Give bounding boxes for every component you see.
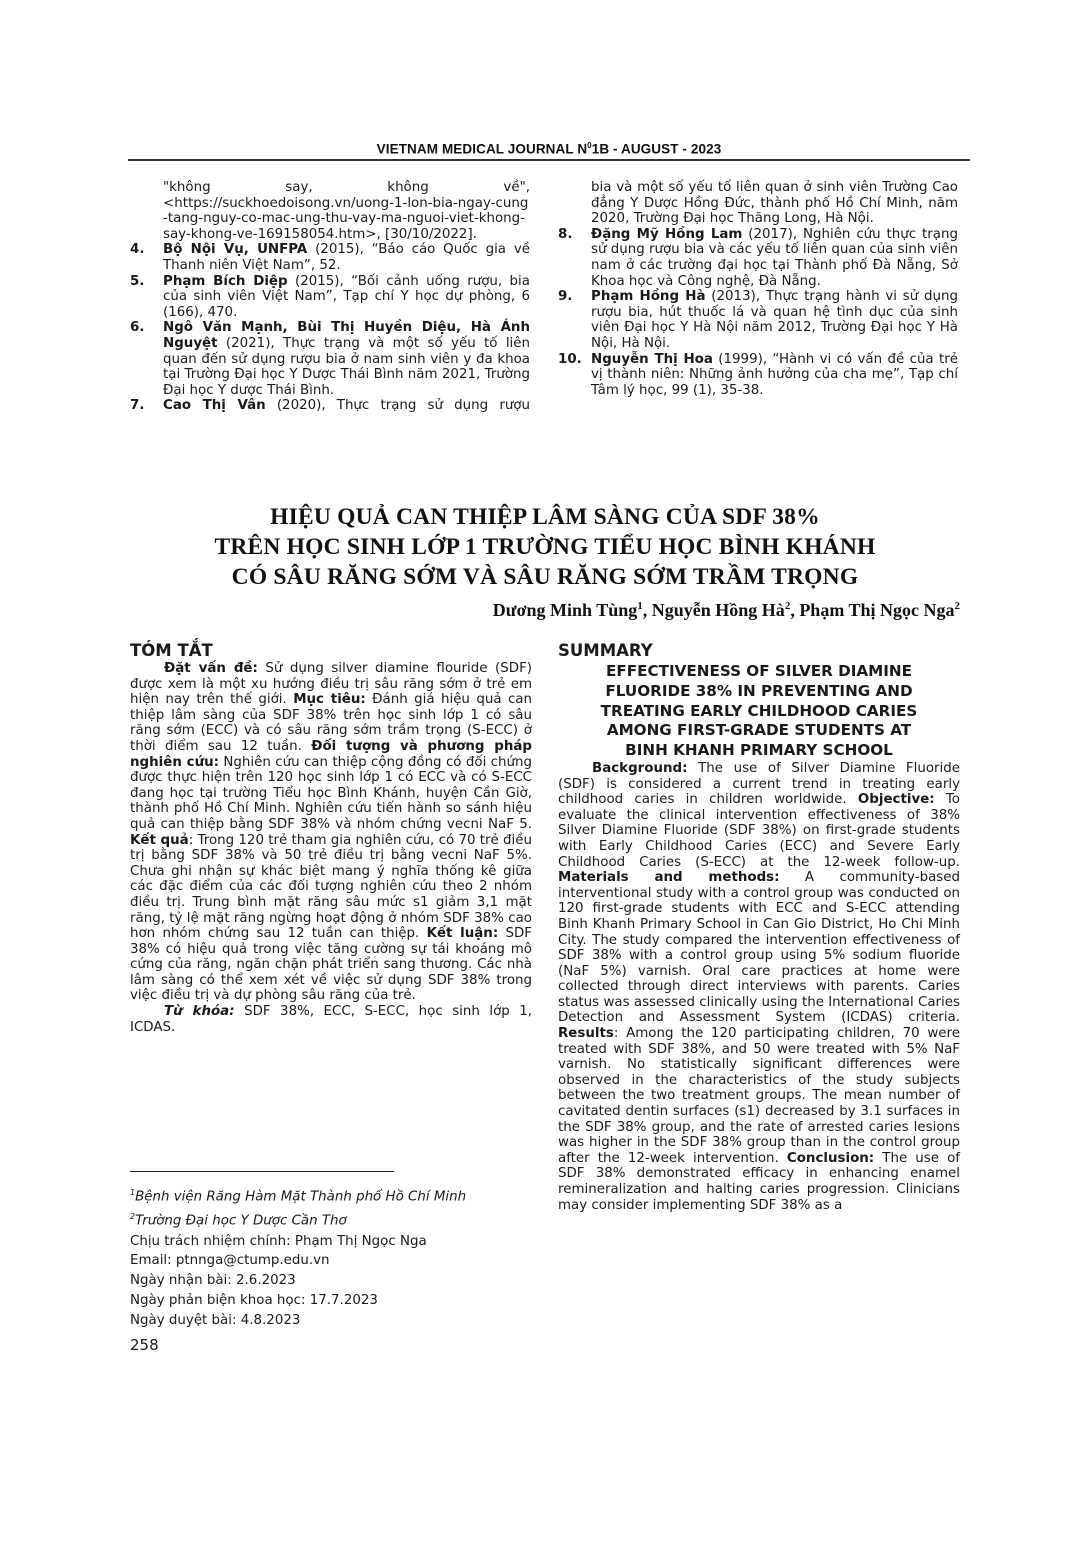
english-title-line: BINH KHANH PRIMARY SCHOOL [558,741,960,761]
issue-date: 1B - AUGUST - 2023 [592,142,722,157]
segment-text: A community-based interventional study w… [558,870,960,1025]
reference-item: 4. Bộ Nội Vụ, UNFPA (2015), “Báo cáo Quố… [130,242,530,273]
affiliation-marker: 2 [955,600,961,612]
reference-authors: Cao Thị Vân [163,398,266,413]
reference-authors: Bộ Nội Vụ, UNFPA [163,242,307,257]
reference-item: 7. Cao Thị Vân (2020), Thực trạng sử dụn… [130,398,530,414]
summary-heading: SUMMARY [558,641,960,661]
footnote-rule [130,1171,394,1172]
segment-label: Kết quả [130,833,189,848]
reference-body: Bộ Nội Vụ, UNFPA (2015), “Báo cáo Quốc g… [163,242,530,273]
english-title-line: EFFECTIVENESS OF SILVER DIAMINE [558,662,960,682]
segment-text: : Among the 120 participating children, … [558,1026,960,1166]
segment-label: Conclusion: [787,1151,874,1166]
segment-label: Results [558,1026,614,1041]
reference-body: Nguyễn Thị Hoa (1999), “Hành vi có vấn đ… [591,352,958,399]
corresponding-author: Chịu trách nhiệm chính: Phạm Thị Ngọc Ng… [130,1232,532,1252]
author-name: Phạm Thị Ngọc Nga [799,600,954,620]
reference-body: Đặng Mỹ Hồng Lam (2017), Nghiên cứu thực… [591,227,958,289]
page-number: 258 [130,1336,159,1354]
reference-item: 10. Nguyễn Thị Hoa (1999), “Hành vi có v… [558,352,958,399]
title-line: HIỆU QUẢ CAN THIỆP LÂM SÀNG CỦA SDF 38% [130,502,960,532]
segment-label: Background: [592,761,687,776]
reference-number: 4. [130,242,163,273]
author-name: Dương Minh Tùng [493,600,638,620]
reference-continuation-url: <https://suckhoedoisong.vn/uong-1-lon-bi… [130,196,530,243]
reference-authors: Đặng Mỹ Hồng Lam [591,227,742,242]
author-list: Dương Minh Tùng1, Nguyễn Hồng Hà2, Phạm … [130,600,960,621]
segment-label: Mục tiêu: [293,692,366,707]
english-title: EFFECTIVENESS OF SILVER DIAMINE FLUORIDE… [558,662,960,761]
english-title-line: TREATING EARLY CHILDHOOD CARIES [558,702,960,722]
journal-page: VIETNAM MEDICAL JOURNAL N01B - AUGUST - … [0,0,1090,1541]
references-right-column: bia và một số yếu tố liên quan ở sinh vi… [558,180,958,398]
abstract-heading: TÓM TẮT [130,641,532,661]
reference-item: 6. Ngô Văn Mạnh, Bùi Thị Huyền Diệu, Hà … [130,320,530,398]
english-title-line: AMONG FIRST-GRADE STUDENTS AT [558,721,960,741]
date-accepted: Ngày duyệt bài: 4.8.2023 [130,1311,532,1331]
keywords: Từ khóa: SDF 38%, ECC, S-ECC, học sinh l… [130,1004,532,1035]
references-left-column: "không say, không về", <https://suckhoed… [130,180,530,414]
footnotes: 1Bệnh viện Răng Hàm Mặt Thành phố Hồ Chí… [130,1183,532,1331]
reference-number: 6. [130,320,163,398]
reference-body: Phạm Bích Diệp (2015), “Bối cảnh uống rư… [163,274,530,321]
reference-text: (2020), Thực trạng sử dụng rượu [266,398,530,413]
date-reviewed: Ngày phản biện khoa học: 17.7.2023 [130,1291,532,1311]
reference-text: (2021), Thực trạng và một số yếu tố liên… [163,336,530,398]
running-header: VIETNAM MEDICAL JOURNAL N01B - AUGUST - … [128,141,970,157]
reference-continuation-line: "không say, không về", [130,180,530,196]
reference-number: 5. [130,274,163,321]
segment-label: Kết luận: [427,926,499,941]
affiliation-text: Trường Đại học Y Dược Cần Thơ [135,1214,347,1229]
segment-label: Đặt vấn đề: [164,661,258,676]
reference-body: Ngô Văn Mạnh, Bùi Thị Huyền Diệu, Hà Ánh… [163,320,530,398]
reference-body: Phạm Hồng Hà (2013), Thực trạng hành vi … [591,289,958,351]
reference-number: 9. [558,289,591,351]
reference-body: Cao Thị Vân (2020), Thực trạng sử dụng r… [163,398,530,414]
reference-number: 10. [558,352,591,399]
email: Email: ptnnga@ctump.edu.vn [130,1251,532,1271]
keywords-label: Từ khóa: [164,1004,235,1019]
summary-paragraph: Background: The use of Silver Diamine Fl… [558,761,960,1213]
article-title: HIỆU QUẢ CAN THIỆP LÂM SÀNG CỦA SDF 38% … [130,502,960,592]
segment-text: : Trong 120 trẻ tham gia nghiên cứu, có … [130,833,532,942]
author-name: Nguyễn Hồng Hà [652,600,785,620]
author-separator: , [643,600,652,620]
reference-item: 5. Phạm Bích Diệp (2015), “Bối cảnh uống… [130,274,530,321]
english-title-line: FLUORIDE 38% IN PREVENTING AND [558,682,960,702]
title-line: CÓ SÂU RĂNG SỚM VÀ SÂU RĂNG SỚM TRẦM TRỌ… [130,562,960,592]
author-separator: , [790,600,799,620]
abstract-vietnamese: TÓM TẮT Đặt vấn đề: Sử dụng silver diami… [130,641,532,1035]
reference-number: 7. [130,398,163,414]
title-line: TRÊN HỌC SINH LỚP 1 TRƯỜNG TIỂU HỌC BÌNH… [130,532,960,562]
segment-label: Materials and methods: [558,870,780,885]
date-received: Ngày nhận bài: 2.6.2023 [130,1271,532,1291]
abstract-paragraph: Đặt vấn đề: Sử dụng silver diamine flour… [130,661,532,1004]
affiliation-1: 1Bệnh viện Răng Hàm Mặt Thành phố Hồ Chí… [130,1183,532,1207]
reference-number: 8. [558,227,591,289]
reference-continuation: bia và một số yếu tố liên quan ở sinh vi… [558,180,958,227]
reference-authors: Phạm Hồng Hà [591,289,706,304]
abstract-english: SUMMARY EFFECTIVENESS OF SILVER DIAMINE … [558,641,960,1213]
header-rule [128,159,970,161]
reference-authors: Phạm Bích Diệp [163,274,288,289]
affiliation-2: 2Trường Đại học Y Dược Cần Thơ [130,1207,532,1231]
journal-name: VIETNAM MEDICAL JOURNAL N [377,142,588,157]
segment-label: Objective: [858,792,935,807]
reference-authors: Nguyễn Thị Hoa [591,352,713,367]
reference-item: 8. Đặng Mỹ Hồng Lam (2017), Nghiên cứu t… [558,227,958,289]
affiliation-text: Bệnh viện Răng Hàm Mặt Thành phố Hồ Chí … [135,1189,466,1204]
reference-item: 9. Phạm Hồng Hà (2013), Thực trạng hành … [558,289,958,351]
